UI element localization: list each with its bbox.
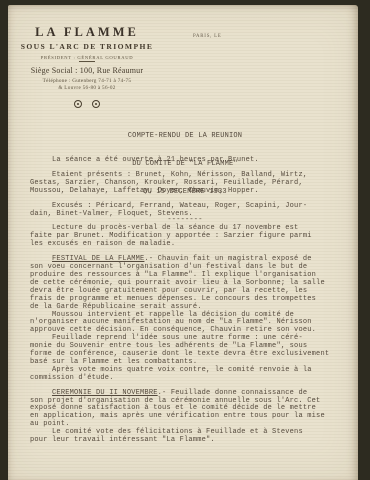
- phone-line-2: & Louvre 56-80 à 56-02: [8, 85, 166, 91]
- indent: [30, 255, 52, 263]
- paragraph-excused: Excusés : Péricard, Ferrand, Wateau, Rog…: [30, 203, 356, 219]
- letterhead-subtitle: SOUS L'ARC DE TRIOMPHE: [8, 42, 166, 51]
- president-line: PRÉSIDENT : GÉNÉRAL GOURAUD: [8, 55, 166, 60]
- paragraph-festival: FESTIVAL DE LA FLAMME.- Chauvin fait un …: [30, 256, 356, 311]
- paragraph-feuillade-idea: Feuillade reprend l'idée sous une autre …: [30, 335, 356, 367]
- section-title-ceremony: CEREMONIE DU II NOVEMBRE: [52, 389, 158, 397]
- paragraph-festival-text: .- Chauvin fait un magistral exposé de s…: [30, 255, 325, 310]
- letterhead-title: LA FLAMME: [8, 25, 166, 40]
- indent: [30, 389, 52, 397]
- paragraph-moussou: Moussou intervient et rappelle la décisi…: [30, 312, 356, 336]
- stamp-icon: [92, 100, 100, 108]
- dateline: PARIS, LE: [193, 34, 222, 39]
- paragraph-attendees: Etaient présents : Brunet, Kohn, Nérisso…: [30, 172, 356, 196]
- letterhead-stamps: [8, 95, 166, 113]
- address-line: Siège Social : 100, Rue Réaumur: [8, 66, 166, 75]
- heading-line-1: COMPTE-RENDU DE LA REUNION: [122, 132, 248, 141]
- paragraph-minutes-reading: Lecture du procès-verbal de la séance du…: [30, 225, 356, 249]
- paragraph-opening: La séance a été ouverte à 21 heures par …: [30, 157, 356, 165]
- scanned-document: LA FLAMME SOUS L'ARC DE TRIOMPHE PRÉSIDE…: [0, 0, 370, 480]
- phone-line: Téléphone : Gutenberg 74-71 à 74-75: [8, 78, 166, 84]
- paragraph-congratulations: Le comité vote des félicitations à Feuil…: [30, 429, 356, 445]
- stamp-icon: [74, 100, 82, 108]
- section-title-festival: FESTIVAL DE LA FLAMME: [52, 255, 144, 263]
- flourish-divider: [79, 61, 95, 62]
- document-page: LA FLAMME SOUS L'ARC DE TRIOMPHE PRÉSIDE…: [8, 5, 358, 480]
- letterhead: LA FLAMME SOUS L'ARC DE TRIOMPHE PRÉSIDE…: [8, 25, 166, 113]
- paragraph-ceremony: CEREMONIE DU II NOVEMBRE.- Feuillade don…: [30, 390, 356, 430]
- paragraph-vote: Après vote moins quatre voix contre, le …: [30, 367, 356, 383]
- document-body: La séance a été ouverte à 21 heures par …: [30, 157, 356, 445]
